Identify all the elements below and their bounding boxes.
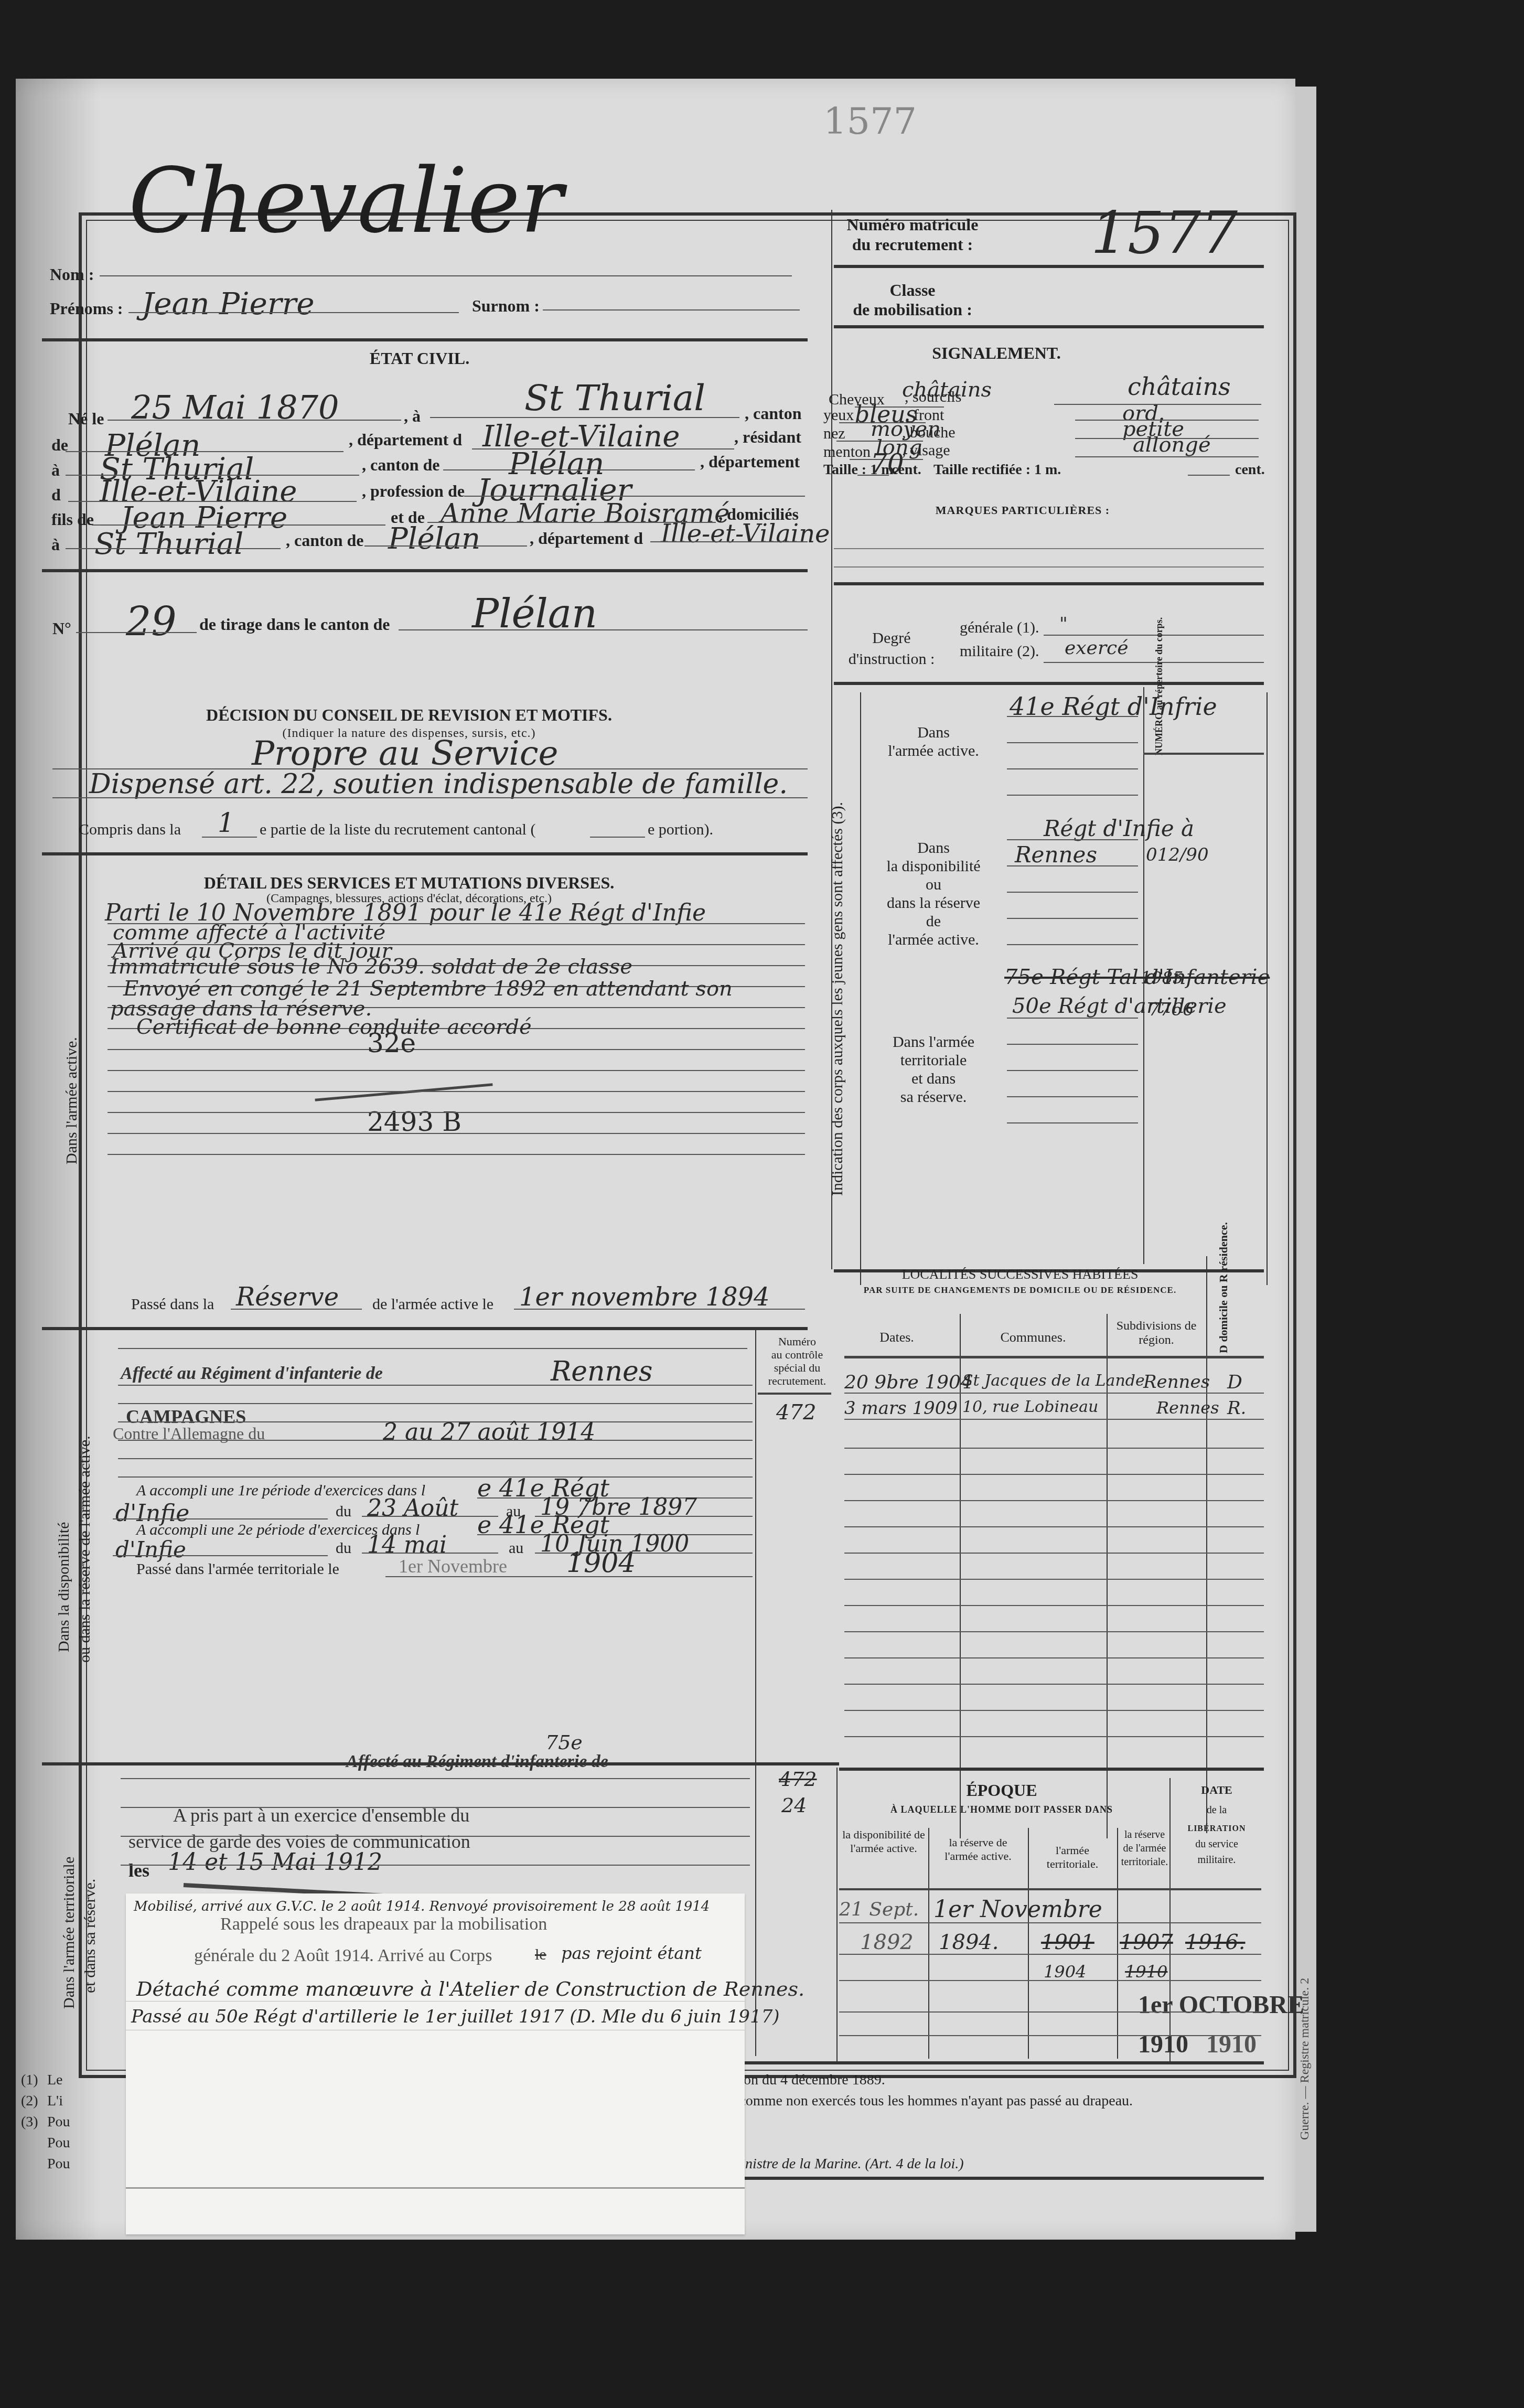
d-label: d (51, 485, 61, 505)
taille-rectifiee-cent-label: cent. (1235, 462, 1265, 478)
marques-value (839, 525, 1259, 566)
nez-label: nez (823, 425, 845, 443)
passe-armee-active-label: de l'armée active le (372, 1296, 493, 1313)
localites-subtitle: PAR SUITE DE CHANGEMENTS DE DOMICILE OU … (839, 1285, 1201, 1296)
dispo-numero-header-2: au contrôle (755, 1348, 839, 1362)
tirage-no-label: N° (52, 619, 71, 638)
localites-row-commune: St Jacques de la Lande (962, 1372, 1145, 1390)
etat-civil-title: ÉTAT CIVIL. (294, 349, 545, 368)
slip-line-2: Passé au 50e Régt d'artillerie le 1er ju… (131, 2006, 780, 2027)
localites-title: LOCALITÉS SUCCESSIVES HABITÉES (839, 1267, 1201, 1282)
periode1-du-label: du (336, 1503, 351, 1521)
epoque-col-reserve-active: la réserve de l'armée active. (931, 1836, 1025, 1863)
instruction-militaire-value: exercé (1065, 637, 1129, 659)
epoque-stamp-year-left: 1910 (1138, 2030, 1188, 2059)
epoque-r3-reserve-territoriale: 1910 (1125, 1962, 1167, 1982)
footnote-2-start: L'i (47, 2093, 63, 2110)
visage-label: , visage (902, 442, 950, 459)
pencil-folio: 1577 (823, 100, 917, 143)
page-edge (1295, 87, 1316, 2232)
footnote-1-num: (1) (21, 2072, 38, 2089)
epoque-r2-reserve-active: 1894. (939, 1930, 999, 1954)
liberation-header-1: DATE (1172, 1783, 1261, 1797)
footnote-5-end: Ministre de la Marine. (Art. 4 de la loi… (729, 2156, 964, 2172)
taille-cent-label: cent. (892, 462, 921, 478)
localites-row-date: 3 mars 1909 (844, 1398, 958, 1419)
corps-dispo-numero: 012/90 (1146, 844, 1209, 865)
slip-line-1: Détaché comme manœuvre à l'Atelier de Co… (136, 1977, 804, 2000)
departement3-label: , département d (530, 529, 643, 548)
terr-affecte-stamp: Affecté au Régiment d'infanterie de (346, 1752, 608, 1772)
slip-note-top: Mobilisé, arrivé aux G.V.C. le 2 août 19… (134, 1899, 710, 1914)
exercice-value: 14 et 15 Mai 1912 (168, 1849, 382, 1876)
localites-col-dates: Dates. (839, 1330, 954, 1345)
corps-side-title: Indication des corps auxquels les jeunes… (829, 802, 846, 1196)
services-side-label: Dans l'armée active. (63, 1037, 81, 1164)
epoque-r2-territoriale: 1901 (1041, 1930, 1094, 1954)
liberation-header-3: LIBÉRATION (1172, 1824, 1261, 1834)
surnom-value (543, 291, 800, 307)
footnote-2-end: a comme non exercés tous les hommes n'ay… (729, 2093, 1133, 2110)
passe-label: Passé dans la (131, 1296, 214, 1313)
nom-value: Chevalier (128, 149, 563, 253)
partie-label: e partie de la liste du recrutement cant… (260, 821, 535, 839)
localites-col-dr: D domicile ou R résidence. (1217, 1222, 1230, 1353)
localites-row-dr: D (1227, 1372, 1242, 1393)
territoriale-passe-year: 1904 (566, 1547, 636, 1579)
liberation-header-2: de la (1172, 1804, 1261, 1816)
nom-label: Nom : (50, 265, 94, 284)
visage-value: allongé (1133, 433, 1211, 457)
dispo-numero-header-4: recrutement. (755, 1374, 839, 1388)
liberation-header-5: militaire. (1172, 1854, 1261, 1866)
epoque-r2-liberation: 1916. (1185, 1930, 1246, 1954)
classe-label-1: Classe (839, 281, 986, 300)
classe-label-2: de mobilisation : (839, 300, 986, 319)
corps-dispo-label-3: ou (865, 876, 1002, 894)
tirage-number-value: 29 (126, 598, 177, 645)
footnote-1-end: ction du 4 décembre 1889. (729, 2072, 885, 2089)
taille-rectifiee-label: Taille rectifiée : 1 m. (933, 462, 1061, 478)
ne-le-label: Né le (68, 409, 104, 429)
epoque-r2-disponibilite: 1892 (860, 1930, 914, 1954)
corps-active-label-1: Dans (865, 724, 1002, 742)
decision-line-1: Propre au Service (252, 734, 558, 773)
footnote-1-start: Le (47, 2072, 63, 2089)
canton3-value: Plélan (388, 522, 480, 556)
epoque-r1-disponibilite: 21 Sept. (839, 1899, 919, 1920)
numero-repertoire-header: NUMÉRO au répertoire du corps. (1154, 617, 1165, 755)
marques-title: MARQUES PARTICULIÈRES : (865, 504, 1180, 517)
fils-de-label: fils de (51, 510, 94, 529)
corps-dispo-value-2: Rennes (1015, 842, 1097, 868)
service-line-4: Immatriculé sous le No 2639. soldat de 2… (110, 955, 632, 979)
footnote-4-start: Pou (47, 2135, 70, 2152)
classe-value (996, 283, 1259, 315)
epoque-r3-territoriale: 1904 (1044, 1962, 1086, 1982)
prenoms-label: Prénoms : (50, 299, 123, 318)
corps-dispo-label-6: l'armée active. (865, 931, 1002, 949)
periode1-du: 23 Août (367, 1495, 458, 1522)
footnote-3-num: (3) (21, 2114, 38, 2131)
yeux-label: yeux (823, 406, 854, 424)
corps-dispo-label-5: de (865, 913, 1002, 930)
epoque-col-disponibilite: la disponibilité de l'armée active. (839, 1828, 928, 1855)
dispo-numero-header-3: spécial du (755, 1361, 839, 1375)
localites-col-subdivisions: Subdivisions de région. (1112, 1319, 1201, 1347)
corps-terr-value-2: 50e Régt d'artillerie (1012, 994, 1227, 1018)
contre-value: 2 au 27 août 1914 (383, 1419, 595, 1446)
birth-date-value: 25 Mai 1870 (131, 388, 339, 426)
passe-value: Réserve (236, 1282, 339, 1312)
terr-side-label-2: et dans sa réserve. (81, 1879, 99, 1993)
dispo-side-label-1: Dans la disponibilité (55, 1522, 73, 1652)
corps-active-label-2: l'armée active. (865, 742, 1002, 760)
prenoms-value: Jean Pierre (142, 286, 315, 322)
registre-margin-label: Guerre. — Registre matricule. 2 (1298, 1978, 1312, 2140)
dispo-side-label-2: ou dans la réserve de l'armée active. (76, 1436, 94, 1663)
terr-side-label-1: Dans l'armée territoriale (60, 1857, 78, 2009)
epoque-title: ÉPOQUE (839, 1781, 1164, 1800)
epoque-stamp-octobre: 1er OCTOBRE (1138, 1990, 1304, 2019)
a-label: à (51, 461, 60, 480)
corps-terr-label-1: Dans l'armée (865, 1033, 1002, 1051)
corps-terr-numero-1: 1985 (1141, 968, 1183, 988)
dispo-affecte-stamp: Affecté au Régiment d'infanterie de (121, 1364, 383, 1384)
service-line-7: Certificat de bonne conduite accordé (136, 1015, 532, 1039)
localites-row-subdivision: Rennes (1156, 1398, 1219, 1418)
corps-terr-label-2: territoriale (865, 1052, 1002, 1069)
corps-terr-label-4: sa réserve. (865, 1088, 1002, 1106)
dispo-numero-header-1: Numéro (755, 1335, 839, 1349)
localites-row-subdivision: Rennes (1143, 1372, 1210, 1393)
corps-dispo-label-2: la disponibilité (865, 858, 1002, 875)
territoriale-passe-stamp: 1er Novembre (399, 1555, 507, 1577)
terr-numero-struck: 472 (779, 1768, 817, 1791)
localites-col-communes: Communes. (965, 1330, 1101, 1345)
corps-terr-value-1: 75e Régt Tal d'Infanterie (1004, 965, 1270, 989)
compris-label: Compris dans la (79, 821, 181, 839)
epoque-r1-reserve-active: 1er Novembre (933, 1896, 1102, 1923)
localites-row-dr: R. (1227, 1398, 1246, 1419)
instruction-generale-value: " (1059, 614, 1068, 635)
residant-label: , résidant (734, 427, 801, 447)
birthplace-label: , à (404, 406, 421, 426)
periode2-du-label: du (336, 1539, 351, 1557)
birthplace-value: St Thurial (524, 378, 705, 419)
portion-value (590, 821, 645, 837)
a3-label: à (51, 535, 60, 554)
slip-stamp-1: Rappelé sous les drapeaux par la mobilis… (220, 1914, 547, 1934)
periode2-corps-2: d'Infie (115, 1537, 186, 1562)
slip-stamp-2-struck: le (535, 1946, 546, 1964)
exercice-stamp-3: les (128, 1859, 149, 1881)
slip-stamp-2: générale du 2 Août 1914. Arrivé au Corps (194, 1946, 492, 1966)
footnote-5-start: Pou (47, 2156, 70, 2172)
terr-numero-value: 24 (781, 1794, 807, 1817)
liberation-header-4: du service (1172, 1838, 1261, 1850)
slip-lower-part (126, 2061, 745, 2189)
epoque-subtitle: À LAQUELLE L'HOMME DOIT PASSER DANS (839, 1804, 1164, 1815)
footnote-3-start: Pou (47, 2114, 70, 2131)
footnote-2-num: (2) (21, 2093, 38, 2110)
localites-row-commune: 10, rue Lobineau (962, 1398, 1098, 1416)
matricule-value: 1577 (1091, 199, 1238, 266)
matricule-label-1: Numéro matricule (839, 215, 986, 234)
instruction-label-1: Degré (839, 629, 944, 647)
periode2-du: 14 mai (367, 1532, 447, 1558)
dispo-affecte-value: Rennes (551, 1356, 652, 1387)
periode2-au-label: au (509, 1539, 523, 1557)
matricule-label-2: du recrutement : (839, 235, 986, 254)
canton-label: , canton (745, 404, 801, 423)
services-title: DÉTAIL DES SERVICES ET MUTATIONS DIVERSE… (147, 873, 671, 893)
tirage-label: de tirage dans le canton de (199, 615, 390, 634)
corps-dispo-value-1: Régt d'Infie à (1044, 816, 1194, 841)
terr-affecte-correction: 75e (545, 1731, 583, 1754)
corps-terr-label-3: et dans (865, 1070, 1002, 1088)
corps-dispo-label-4: dans la réserve (865, 894, 1002, 912)
signalement-title: SIGNALEMENT. (865, 344, 1128, 363)
dispo-numero-value: 472 (776, 1400, 816, 1425)
decision-line-2: Dispensé art. 22, soutien indispensable … (89, 768, 788, 800)
decision-title: DÉCISION DU CONSEIL DE REVISION ET MOTIF… (147, 705, 671, 725)
epoque-r2-reserve-territoriale: 1907 (1120, 1930, 1173, 1954)
corps-dispo-label-1: Dans (865, 839, 1002, 857)
slip-stamp-2-hand: pas rejoint étant (561, 1943, 702, 1963)
sourcils-value: châtains (1128, 372, 1231, 401)
departement-label: , département d (349, 430, 462, 450)
departement3-value: Ille-et-Vilaine (661, 519, 830, 549)
domicile-value: St Thurial (94, 527, 243, 561)
localites-row-date: 20 9bre 1904 (844, 1372, 973, 1393)
instruction-militaire-label: militaire (2). (960, 643, 1039, 660)
menton-label: menton (823, 443, 871, 461)
epoque-stamp-year-right: 1910 (1206, 2030, 1257, 2059)
service-line-8: 32e (367, 1028, 416, 1058)
surnom-label: Surnom : (472, 296, 540, 316)
passe-date: 1er novembre 1894 (519, 1282, 770, 1312)
corps-terr-numero-2: 7766 (1149, 999, 1194, 1020)
canton3-label: , canton de (286, 531, 363, 550)
compris-value: 1 (218, 808, 234, 838)
epoque-col-reserve-territoriale: la réserve de l'armée territoriale. (1120, 1828, 1169, 1869)
departement2-label: , département (700, 452, 800, 472)
portion-label: e portion). (648, 821, 713, 839)
canton2-label: , canton de (362, 455, 439, 475)
instruction-label-2: d'instruction : (839, 650, 944, 668)
epoque-col-territoriale: l'armée territoriale. (1031, 1844, 1114, 1871)
territoriale-passe-label: Passé dans l'armée territoriale le (136, 1560, 339, 1578)
instruction-generale-label: générale (1). (960, 619, 1039, 637)
